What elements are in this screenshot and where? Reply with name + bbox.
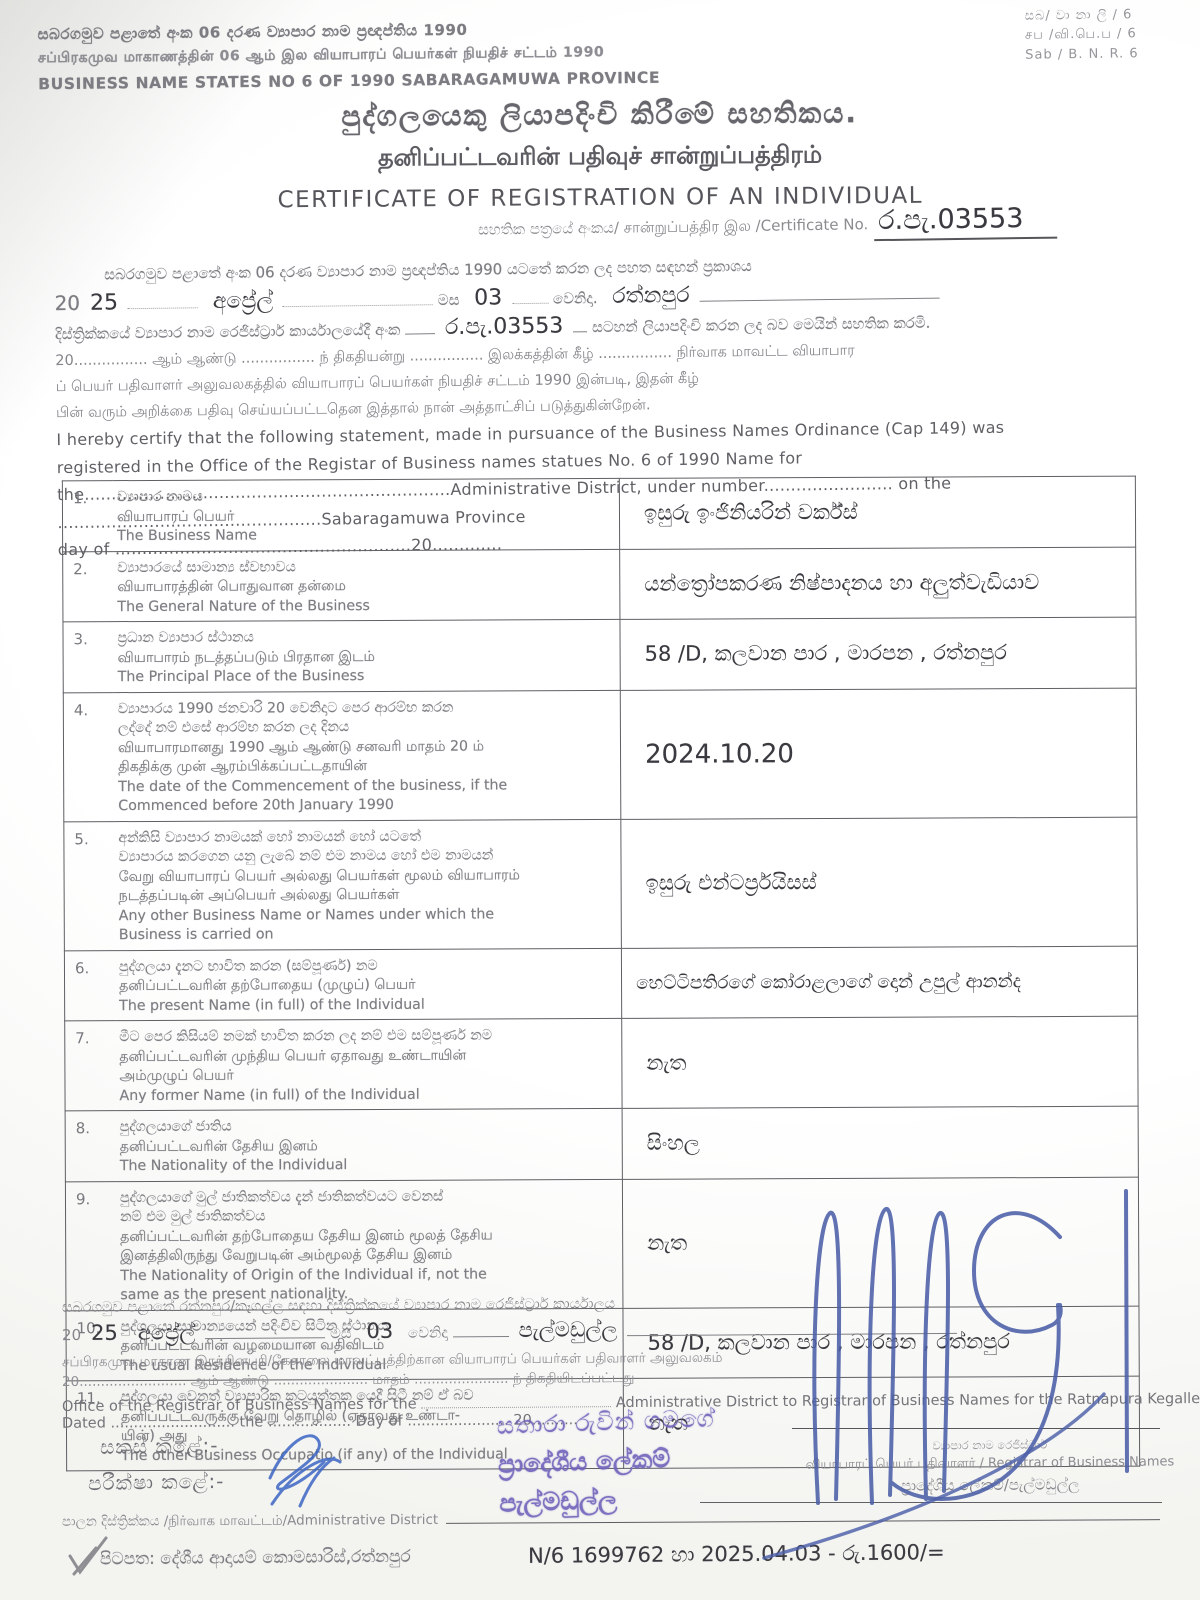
row-value: යන්ත්‍රෝපකරණ නිෂ්පාදනය හා අලුත්වැඩියාව <box>620 547 1136 620</box>
certificate-number-value: ර.පැ.03553 <box>874 203 1058 242</box>
form-ref-sinhala: සබ/ වා නා ලි / 6 <box>1024 7 1138 24</box>
form-reference: සබ/ වා නා ලි / 6 சப /வி.பெ.ப / 6 Sab / B… <box>1024 7 1138 67</box>
row-label: පුද්ගලයාගේ මුල් ජාතිකත්වය දැන් ජාතිකත්වය… <box>116 1179 623 1310</box>
row-value: නැත <box>622 1016 1138 1108</box>
statute-header: සබරගමුව පළාතේ අංක 06 දරණ ව්‍යාපාර නාම ප්… <box>38 19 661 101</box>
row-number: 4. <box>63 692 114 821</box>
row-number: 8. <box>65 1111 116 1182</box>
table-row: 5. අන්කිසි ව්‍යාපාර නාමයක් හෝ නාමයන් හෝ … <box>64 817 1138 951</box>
administrative-district-label: පාලන දිස්ත්‍රික්කය /நிர்வாக மாவட்டம்/Adm… <box>62 1512 438 1532</box>
form-ref-tamil: சப /வி.பெ.ப / 6 <box>1024 26 1138 44</box>
copy-to-line: පිටපත: දේශීය ආදායම් කොමසාරිස්,රත්නපුර <box>100 1547 411 1570</box>
document-title: පුද්ගලයෙකු ලියාපදිංචි කිරීමේ සහතිකය. தனி… <box>0 94 1200 215</box>
row-label: පුද්ගලයා දැනට භාවිත කරන (සම්පූර්ණ) නම தன… <box>115 948 622 1021</box>
title-tamil: தனிப்பட்டவரின் பதிவுச் சான்றுப்பத்திரம் <box>0 138 1200 177</box>
row-label: ව්‍යාපාර නාමය வியாபாரப் பெயர் The Busine… <box>113 478 620 551</box>
table-row: 8. පුද්ගලයාගේ ජාතිය தனிப்பட்டவரின் தேசிய… <box>65 1106 1138 1181</box>
prepared-by-label: සකස් කළේ:- <box>100 1433 219 1459</box>
row-label: අන්කිසි ව්‍යාපාර නාමයක් හෝ නාමයන් හෝ යටත… <box>114 819 621 950</box>
table-row: 7. මීට පෙර කිසියම් නමක් භාවිත කරන ලද නම්… <box>65 1016 1138 1111</box>
month-label: මස <box>330 1324 352 1342</box>
registry-office-text: දිස්ත්‍රික්කයේ ව්‍යාපාර නාම රෙජිස්ට්‍රාර… <box>55 321 400 344</box>
row-number: 3. <box>63 622 114 693</box>
row-value: 58 /D, කලවාන පාර , මාරපන , රත්නපුර <box>620 617 1136 690</box>
year-prefix: 20 <box>62 1326 81 1344</box>
handwritten-value: ඉසුරු ඉංජිනියරින් වර්ක්ස් <box>644 500 858 525</box>
handwritten-month: අප්‍රේල් <box>203 288 284 314</box>
row-value: ඉසුරු ඉංජිනියරින් වර්ක්ස් <box>619 476 1135 549</box>
table-row: 1. ව්‍යාපාර නාමය வியாபாரப் பெயர் The Bus… <box>62 476 1135 551</box>
handwritten-registration-number: ර.පැ.03553 <box>435 313 574 340</box>
handwritten-year: 25 <box>80 290 128 316</box>
statute-line-sinhala: සබරගමුව පළාතේ අංක 06 දරණ ව්‍යාපාර නාම ප්… <box>38 19 660 44</box>
row-number: 6. <box>64 950 115 1021</box>
title-sinhala: පුද්ගලයෙකු ලියාපදිංචි කිරීමේ සහතිකය. <box>0 94 1200 136</box>
handwritten-value: ඉසුරු එන්ටර්ප්‍රයිසස් <box>646 870 817 895</box>
row-value: හෙට්ටිපතිරගේ කෝරාළලාගේ දොන් උපුල් ආනන්ද <box>621 946 1137 1019</box>
table-row: 3. ප්‍රධාන ව්‍යාපාර ස්ථානය வியாபாரம் நடத… <box>63 617 1136 692</box>
handwritten-value: නැත <box>646 1051 686 1075</box>
month-label: මස <box>438 291 460 309</box>
divisional-secretary-stamp: සතාරා රුවින් ගමගේ ප්‍රාදේශීය ලේකම් පැල්ම… <box>496 1404 718 1519</box>
checked-by-label: පරීක්ෂා කළේ:- <box>88 1469 225 1495</box>
statute-line-tamil: சப்பிரகமுவ மாகாணத்தின் 06 ஆம் இல வியாபார… <box>38 44 660 69</box>
day-label: වෙනිදා. <box>553 289 598 308</box>
certificate-document: සබරගමුව පළාතේ අංක 06 දරණ ව්‍යාපාර නාම ප්… <box>0 0 1200 1600</box>
handwritten-value: සිංහල <box>647 1131 700 1155</box>
row-number: 9. <box>65 1181 116 1310</box>
checkmark-icon <box>62 1534 114 1582</box>
handwritten-district: රත්නපුර <box>602 283 700 309</box>
handwritten-day: 03 <box>464 285 512 311</box>
handwritten-place: පැල්මඩුල්ල <box>509 1317 628 1342</box>
day-label: වෙනිදා <box>408 1323 448 1341</box>
row-label: ප්‍රධාන ව්‍යාපාර ස්ථානය வியாபாரம் நடத்தப… <box>113 619 620 692</box>
handwritten-value: නැත <box>647 1231 687 1255</box>
handwritten-value: හෙට්ටිපතිරගේ කෝරාළලාගේ දොන් උපුල් ආනන්ද <box>636 971 1021 994</box>
row-label: පුද්ගලයාගේ ජාතිය தனிப்பட்டவரின் தேசிய இன… <box>116 1108 623 1181</box>
handwritten-year: 25 <box>81 1321 128 1345</box>
certificate-number-label: සහතික පත්‍රයේ අංකය/ சான்றுப்பத்திர இல /C… <box>478 215 868 240</box>
row-value: සිංහල <box>622 1106 1138 1179</box>
handwritten-value: යන්ත්‍රෝපකරණ නිෂ්පාදනය හා අලුත්වැඩියාව <box>644 570 1039 596</box>
table-row: 2. ව්‍යාපාරයේ සාමාන්‍ය ස්වභාවය வியாபாரத்… <box>63 547 1136 622</box>
row-label: මීට පෙර කිසියම් නමක් භාවිත කරන ලද නම් එම… <box>115 1018 622 1110</box>
handwritten-value: 58 /D, කලවාන පාර , මාරපන , රත්නපුර <box>645 640 1007 666</box>
year-prefix: 20 <box>54 291 80 315</box>
handwritten-day: 03 <box>356 1319 403 1343</box>
handwritten-month: අප්‍රේල් <box>128 1320 206 1345</box>
registered-statement-text: සටහන් ලියාපදිංචි කරන ලද බව මෙයින් සහතික … <box>592 314 930 336</box>
row-number: 2. <box>63 551 114 622</box>
handwritten-value: 2024.10.20 <box>645 739 794 770</box>
form-ref-english: Sab / B. N. R. 6 <box>1025 46 1139 63</box>
row-label: ව්‍යාපාරය 1990 ජනවාරි 20 වෙනිදාට පෙර ආරම… <box>114 690 621 821</box>
office-text: Office of the Registrar of Business Name… <box>62 1396 417 1414</box>
row-value: 2024.10.20 <box>620 688 1137 819</box>
row-value: ඉසුරු එන්ටර්ප්‍රයිසස් <box>621 817 1138 948</box>
statute-line-english: BUSINESS NAME STATES NO 6 OF 1990 SABARA… <box>38 69 660 94</box>
table-row: 4. ව්‍යාපාරය 1990 ජනවාරි 20 වෙනිදාට පෙර … <box>63 688 1137 822</box>
row-number: 1. <box>62 481 113 552</box>
row-label: ව්‍යාපාරයේ සාමාන්‍ය ස්වභාවය வியாபாரத்தின… <box>113 549 620 622</box>
clerk-initials-ink <box>252 1416 362 1511</box>
row-number: 5. <box>64 821 115 950</box>
row-number: 7. <box>65 1021 116 1111</box>
signature-tail-ink <box>700 1388 1180 1578</box>
stamp-officer-title: ප්‍රාදේශීය ලේකම් <box>498 1442 717 1480</box>
table-row: 6. පුද්ගලයා දැනට භාවිත කරන (සම්පූර්ණ) නම… <box>64 946 1137 1021</box>
